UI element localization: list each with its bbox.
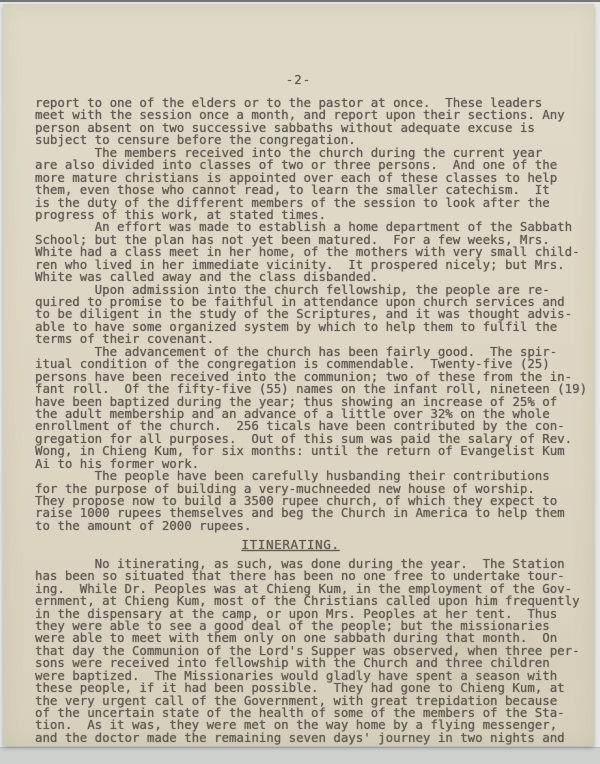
page-number: -2- <box>3 72 594 87</box>
document-page: -2- report to one of the elders or to th… <box>3 4 594 746</box>
text-line: to the amount of 2000 rupees. <box>35 520 590 532</box>
scan-top-edge <box>0 0 600 2</box>
text-line: and the doctor made the remaining seven … <box>35 732 590 744</box>
scan-background <box>0 747 600 764</box>
document-text: report to one of the elders or to the pa… <box>35 97 590 744</box>
section-heading: ITINERATING. <box>35 539 546 551</box>
